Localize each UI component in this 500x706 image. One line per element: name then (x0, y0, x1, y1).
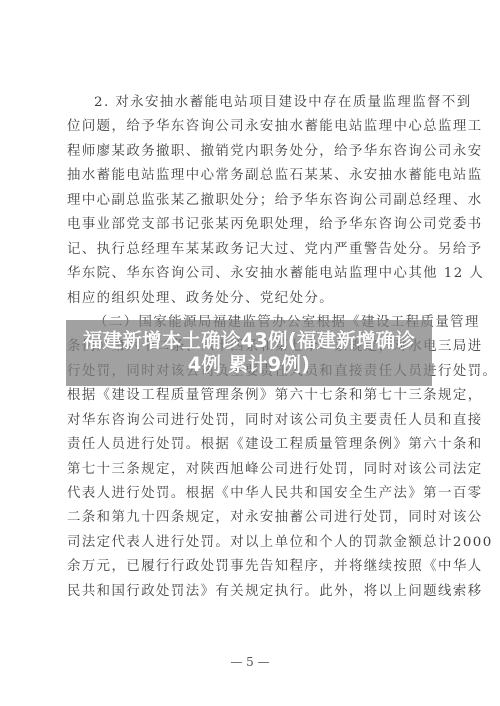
text-line: 理中心副总监张某乙撤职处分；给予华东咨询公司副总经理、水 (67, 189, 439, 213)
text-line: 二条和第九十四条规定，对永安抽蓄公司进行处罚，同时对该公 (67, 506, 439, 530)
text-line: 根据《建设工程质量管理条例》第六十七条和第七十三条规定， (67, 384, 439, 408)
text-line: 对华东咨询公司进行处罚，同时对该公司负主要责任人员和直接 (67, 409, 439, 433)
text-line: 司法定代表人进行处罚。对以上单位和个人的罚款金额总计2000 (67, 531, 439, 555)
text-line: 余万元，已履行行政处罚事先告知程序，并将继续按照《中华人 (67, 555, 439, 579)
text-line: 华东院、华东咨询公司、永安抽水蓄能电站监理中心其他 12 人 (67, 262, 439, 286)
page-number: — 5 — (0, 655, 500, 669)
text-line: 2. 对永安抽水蓄能电站项目建设中存在质量监理监督不到 (67, 91, 439, 115)
headline-title: 福建新增本土确诊43例(福建新增确诊4例 累计9例) (79, 329, 419, 377)
text-line: 位问题，给予华东咨询公司永安抽水蓄能电站监理中心总监理工 (67, 115, 439, 139)
text-line: 电事业部党支部书记张某丙免职处理，给予华东咨询公司党委书 (67, 213, 439, 237)
document-page: 2. 对永安抽水蓄能电站项目建设中存在质量监理监督不到 位问题，给予华东咨询公司… (0, 0, 500, 706)
headline-overlay-banner: 福建新增本土确诊43例(福建新增确诊4例 累计9例) (66, 320, 432, 386)
text-line: 第七十三条规定，对陕西旭峰公司进行处罚，同时对该公司法定 (67, 458, 439, 482)
text-line: 抽水蓄能电站监理中心常务副总监石某某、永安抽水蓄能电站监 (67, 164, 439, 188)
text-line: 记、执行总经理车某某政务记大过、党内严重警告处分。另给予 (67, 238, 439, 262)
text-line: 代表人进行处罚。根据《中华人民共和国安全生产法》第一百零 (67, 482, 439, 506)
text-line: 民共和国行政处罚法》有关规定执行。此外，将以上问题线索移 (67, 580, 439, 604)
text-line: 相应的组织处理、政务处分、党纪处分。 (67, 287, 439, 311)
text-line: 程师廖某政务撤职、撤销党内职务处分，给予华东咨询公司永安 (67, 140, 439, 164)
text-line: 责任人员进行处罚。根据《建设工程质量管理条例》第六十条和 (67, 433, 439, 457)
